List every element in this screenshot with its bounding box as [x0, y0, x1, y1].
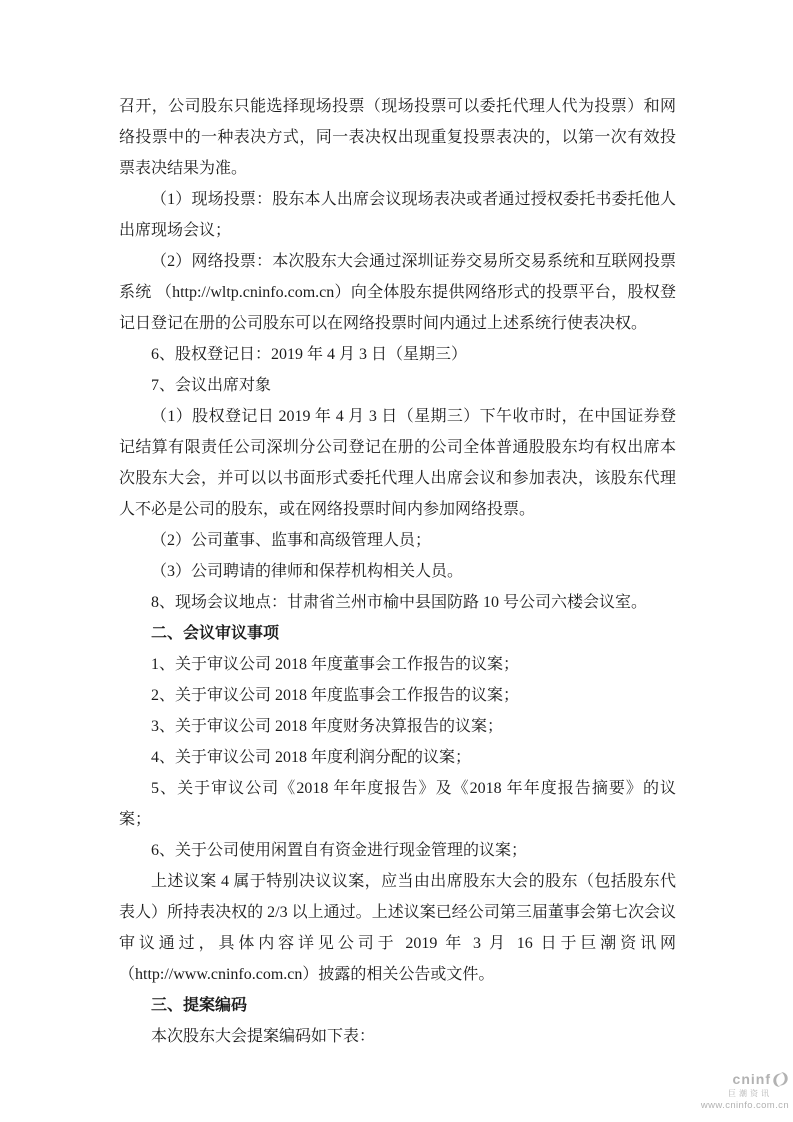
section-heading: 二、会议审议事项: [119, 618, 676, 649]
paragraph: （2）网络投票：本次股东大会通过深圳证券交易所交易系统和互联网投票系统 （htt…: [119, 246, 676, 339]
paragraph: 7、会议出席对象: [119, 370, 676, 401]
cninfo-brand-text: cninf: [733, 1072, 771, 1086]
document-body: 召开，公司股东只能选择现场投票（现场投票可以委托代理人代为投票）和网络投票中的一…: [119, 91, 676, 1052]
paragraph: （3）公司聘请的律师和保荐机构相关人员。: [119, 556, 676, 587]
paragraph: （1）现场投票：股东本人出席会议现场表决或者通过授权委托书委托他人出席现场会议；: [119, 184, 676, 246]
paragraph: 4、关于审议公司 2018 年度利润分配的议案；: [119, 742, 676, 773]
paragraph: 6、关于公司使用闲置自有资金进行现金管理的议案；: [119, 835, 676, 866]
paragraph: 5、关于审议公司《2018 年年度报告》及《2018 年年度报告摘要》的议案；: [119, 773, 676, 835]
paragraph: 上述议案 4 属于特别决议议案，应当由出席股东大会的股东（包括股东代表人）所持表…: [119, 866, 676, 990]
section-heading: 三、提案编码: [119, 990, 676, 1021]
paragraph: 1、关于审议公司 2018 年度董事会工作报告的议案；: [119, 649, 676, 680]
wave-swirl-icon: [772, 1071, 789, 1088]
paragraph: （1）股权登记日 2019 年 4 月 3 日（星期三）下午收市时，在中国证券登…: [119, 401, 676, 525]
paragraph: 8、现场会议地点：甘肃省兰州市榆中县国防路 10 号公司六楼会议室。: [119, 587, 676, 618]
cninfo-logo: cninf: [701, 1071, 789, 1088]
paragraph: 6、股权登记日：2019 年 4 月 3 日（星期三）: [119, 339, 676, 370]
cninfo-website-url: www.cninfo.com.cn: [701, 1101, 789, 1111]
paragraph: 召开，公司股东只能选择现场投票（现场投票可以委托代理人代为投票）和网络投票中的一…: [119, 91, 676, 184]
paragraph: 2、关于审议公司 2018 年度监事会工作报告的议案；: [119, 680, 676, 711]
document-page: 召开，公司股东只能选择现场投票（现场投票可以委托代理人代为投票）和网络投票中的一…: [0, 0, 793, 1122]
paragraph: （2）公司董事、监事和高级管理人员；: [119, 525, 676, 556]
paragraph: 本次股东大会提案编码如下表：: [119, 1021, 676, 1052]
paragraph: 3、关于审议公司 2018 年度财务决算报告的议案；: [119, 711, 676, 742]
cninfo-watermark: cninf 巨潮资讯 www.cninfo.com.cn: [701, 1071, 789, 1111]
cninfo-brand-chinese: 巨潮资讯: [701, 1090, 772, 1098]
